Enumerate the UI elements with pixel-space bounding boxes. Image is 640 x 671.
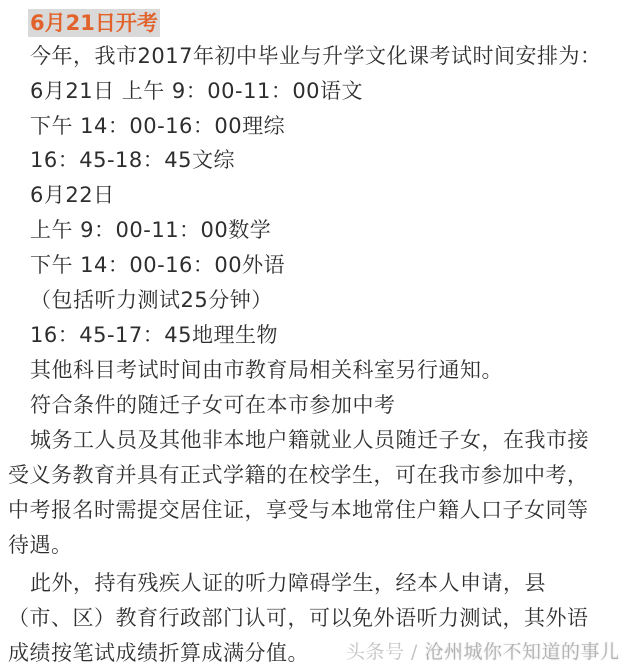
schedule-date-june22: 6月22日 bbox=[30, 180, 115, 210]
document-page: 6月21日开考 今年，我市2017年初中毕业与升学文化课考试时间安排为： 6月2… bbox=[0, 0, 640, 671]
watermark-handle: 沧州城你不知道的事儿 bbox=[424, 641, 619, 663]
listening-test-note: （包括听力测试25分钟） bbox=[30, 285, 273, 315]
other-subjects-note: 其他科目考试时间由市教育局相关科室另行通知。 bbox=[30, 355, 503, 385]
watermark-prefix: 头条号 / bbox=[346, 641, 424, 663]
watermark: 头条号 / 沧州城你不知道的事儿 bbox=[346, 640, 620, 664]
schedule-june22-morning: 上午 9：00-11：00数学 bbox=[30, 215, 271, 245]
hearing-impaired-line-2: （市、区）教育行政部门认可，可以免外语听力测试，其外语 bbox=[8, 603, 589, 633]
section-heading: 6月21日开考 bbox=[28, 9, 160, 37]
migrant-paragraph-line-3: 中考报名时需提交居住证，享受与本地常住户籍人口子女同等 bbox=[8, 495, 589, 525]
hearing-impaired-line-3: 成绩按笔试成绩折算成满分值。 bbox=[8, 638, 309, 668]
migrant-paragraph-line-1: 城务工人员及其他非本地户籍就业人员随迁子女，在我市接 bbox=[30, 425, 589, 455]
schedule-june22-evening: 16：45-17：45地理生物 bbox=[30, 320, 278, 350]
schedule-june21-evening: 16：45-18：45文综 bbox=[30, 145, 235, 175]
migrant-children-subheading: 符合条件的随迁子女可在本市参加中考 bbox=[30, 390, 396, 420]
hearing-impaired-line-1: 此外，持有残疾人证的听力障碍学生，经本人申请，县 bbox=[30, 568, 546, 598]
migrant-paragraph-line-2: 受义务教育并具有正式学籍的在校学生，可在我市参加中考， bbox=[8, 460, 589, 490]
schedule-june22-afternoon: 下午 14：00-16：00外语 bbox=[30, 250, 285, 280]
migrant-paragraph-line-4: 待遇。 bbox=[8, 530, 73, 560]
intro-paragraph: 今年，我市2017年初中毕业与升学文化课考试时间安排为： bbox=[30, 41, 601, 71]
schedule-june21-afternoon: 下午 14：00-16：00理综 bbox=[30, 111, 285, 141]
schedule-june21-morning: 6月21日 上午 9：00-11：00语文 bbox=[30, 76, 363, 106]
